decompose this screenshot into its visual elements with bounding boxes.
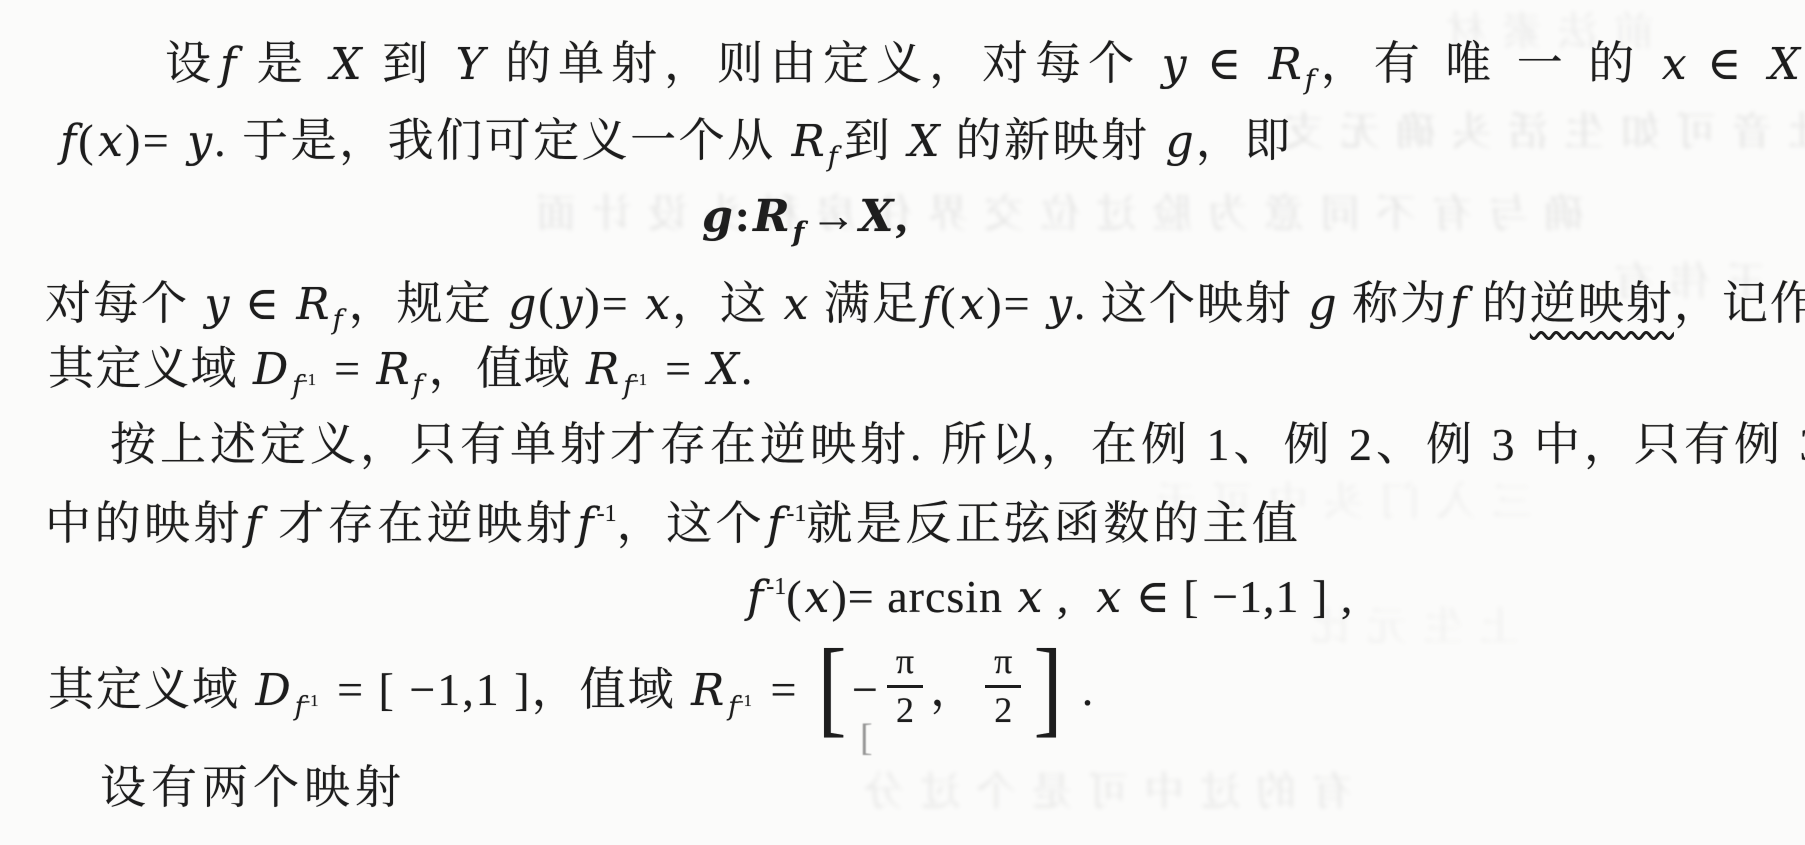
math-variable: X: [1767, 39, 1802, 90]
text-run: = [ −1,1 ]，值域: [324, 664, 690, 715]
math-variable: R: [584, 344, 621, 395]
math-variable: y: [185, 116, 214, 167]
math-variable: R: [375, 344, 412, 395]
display-formula-arcsin: f-1(x)= arcsin x , x ∈ [ −1,1 ] ,: [745, 561, 1353, 624]
math-subscript: f: [1305, 65, 1315, 96]
math-variable: x: [96, 116, 125, 167]
text-run: 其定义域: [48, 664, 254, 715]
text-line-5: 按上述定义，只有单射才存在逆映射. 所以，在例 1、例 2、例 3 中，只有例 …: [110, 419, 1805, 471]
math-variable: x: [643, 279, 672, 330]
math-variable: X: [706, 344, 741, 395]
fraction-pi-over-2: π2: [887, 643, 923, 730]
bleedthrough-ghost-text: 有的过中可是个过分: [848, 760, 1352, 817]
text-run: =: [652, 343, 705, 394]
text-run: ∈: [1189, 38, 1267, 89]
text-run: 的: [1468, 278, 1530, 329]
text-run: 设有两个映射: [100, 762, 406, 813]
math-variable: f: [218, 39, 238, 90]
math-variable: R: [790, 116, 827, 167]
text-run: 到: [844, 115, 907, 166]
text-line-4: 其定义域 Df-1 = Rf，值域 Rf-1 = X.: [48, 343, 754, 412]
math-subscript: f: [333, 305, 343, 336]
math-variable: R: [689, 665, 726, 716]
bleedthrough-ghost-text: 前法素材: [1430, 0, 1654, 57]
math-variable: x: [1094, 572, 1123, 623]
text-run: ，这: [672, 278, 782, 329]
text-run: . 这个映射: [1074, 278, 1307, 329]
text-run: 中的映射: [45, 498, 243, 549]
math-variable: y: [556, 279, 585, 330]
text-line-3: 对每个 y ∈ Rf，规定 g(y)= x，这 x 满足f(x)= y. 这个映…: [45, 268, 1805, 347]
text-run: ，: [930, 664, 978, 715]
text-run: ，值域: [429, 343, 585, 394]
math-variable: x: [1660, 39, 1689, 90]
math-variable: y: [1160, 39, 1189, 90]
math-variable: y: [1045, 279, 1074, 330]
math-variable: f: [243, 499, 263, 550]
text-run: (: [786, 571, 802, 622]
text-run: )=: [584, 278, 643, 329]
text-line-7: 其定义域 Df-1 = [ −1,1 ]，值域 Rf-1 = [−π2，π2] …: [48, 640, 1095, 757]
bleedthrough-bracket-mark: [: [860, 716, 873, 760]
text-line-2: f(x)= y. 于是，我们可定义一个从 Rf到 X 的新映射 g，即: [58, 115, 1293, 184]
math-variable: y: [203, 279, 232, 330]
scanned-textbook-page: 设f 是 X 到 Y 的单射，则由定义，对每个 y ∈ Rf，有 唯 一 的 x…: [0, 0, 1805, 845]
text-run: 才存在逆映射: [263, 498, 575, 549]
math-subscript-f-inverse: f-1: [623, 371, 647, 400]
math-variable: X: [328, 39, 363, 90]
bleedthrough-ghost-text: 上生元比: [1295, 595, 1519, 652]
text-run: 到: [364, 38, 454, 89]
math-variable: g: [1306, 279, 1338, 330]
text-run: 设: [165, 38, 218, 89]
math-variable: D: [251, 344, 290, 395]
math-variable: f: [1448, 279, 1468, 330]
text-run: ,: [1044, 571, 1094, 622]
math-variable: R: [1267, 39, 1304, 90]
text-line-6: 中的映射f 才存在逆映射f-1，这个f-1就是反正弦函数的主值: [45, 488, 1301, 551]
math-subscript: f: [413, 370, 423, 401]
math-variable: f: [920, 279, 940, 330]
math-variable: f: [765, 499, 785, 550]
math-subscript-f-inverse: f-1: [728, 692, 752, 721]
bleedthrough-ghost-text: 王伟有: [1598, 250, 1766, 307]
math-variable: x: [957, 279, 986, 330]
math-variable: x: [782, 279, 811, 330]
text-run: =: [321, 343, 374, 394]
math-variable: g: [506, 279, 538, 330]
math-variable: R: [294, 279, 331, 330]
text-run: )=: [125, 115, 185, 166]
bleedthrough-ghost-text: 确与有不同意为脸过位交界住房科头设计面: [520, 182, 1584, 239]
text-run: ∈: [231, 278, 294, 329]
text-run: −: [852, 664, 880, 715]
math-variable: Y: [454, 39, 487, 90]
text-run: ，规定: [349, 278, 507, 329]
text-run: (: [538, 278, 555, 329]
bleedthrough-ghost-text: 社音可如生活头确无支: [1268, 100, 1805, 157]
math-subscript-f-inverse: f-1: [292, 371, 316, 400]
fraction-pi-over-2: π2: [985, 643, 1021, 730]
text-run: .: [1068, 664, 1095, 715]
bleedthrough-ghost-text: 三入门头中可于: [1140, 470, 1532, 527]
text-run: =: [757, 664, 812, 715]
text-run: ∈: [1689, 38, 1767, 89]
math-variable: g: [1164, 116, 1196, 167]
math-subscript: f: [828, 142, 838, 173]
text-run: ，这个: [617, 498, 766, 549]
text-line-8: 设有两个映射: [100, 762, 406, 814]
text-run: .: [741, 343, 754, 394]
math-variable: x: [1016, 572, 1045, 623]
text-run: (: [940, 278, 957, 329]
text-run: )= arcsin: [831, 571, 1015, 622]
math-variable: f: [58, 116, 78, 167]
text-run: )=: [986, 278, 1045, 329]
text-run: 按上述定义，只有单射才存在逆映射. 所以，在例 1、例 2、例 3 中，只有例 …: [110, 419, 1805, 470]
math-variable: x: [803, 572, 832, 623]
math-variable: f: [575, 499, 595, 550]
text-run: 的单射，则由定义，对每个: [487, 38, 1160, 89]
math-superscript: -1: [597, 501, 617, 527]
text-run: 满足: [810, 278, 920, 329]
text-run: 称为: [1339, 278, 1449, 329]
math-variable: X: [906, 116, 941, 167]
math-superscript: -1: [786, 501, 806, 527]
math-superscript: -1: [766, 574, 786, 600]
text-run: (: [78, 115, 96, 166]
math-variable: D: [254, 665, 293, 716]
text-run: 其定义域: [48, 343, 251, 394]
text-run: . 于是，我们可定义一个从: [214, 115, 790, 166]
text-run: 是: [238, 38, 328, 89]
math-variable: f: [745, 572, 765, 623]
text-run: 对每个: [45, 278, 203, 329]
text-run: 的新映射: [942, 115, 1164, 166]
math-subscript-f-inverse: f-1: [295, 692, 319, 721]
